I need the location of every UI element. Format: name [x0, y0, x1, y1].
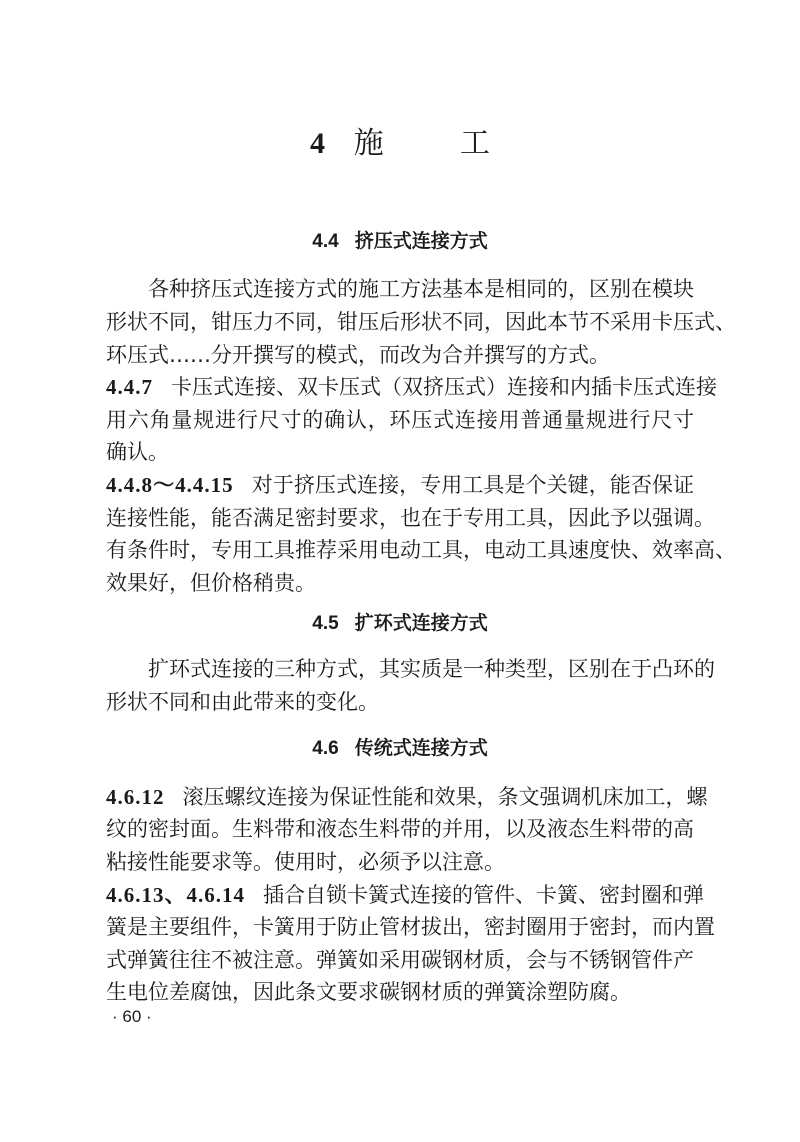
- paragraph-line: 形状不同，钳压力不同，钳压后形状不同，因此本节不采用卡压式、: [106, 307, 694, 337]
- chapter-title-char-2: 工: [460, 126, 490, 161]
- clause-4-4-8-line: 4.4.8～4.4.15对于挤压式连接，专用工具是个关键，能否保证: [106, 470, 694, 500]
- section-title-text: 传统式连接方式: [355, 737, 488, 759]
- clause-number: 4.4.8～4.4.15: [106, 473, 234, 497]
- clause-4-6-13-line: 4.6.13、4.6.14插合自锁卡簧式连接的管件、卡簧、密封圈和弹: [106, 880, 694, 910]
- paragraph-line: 粘接性能要求等。使用时，必须予以注意。: [106, 847, 694, 877]
- section-heading-4-4: 4.4挤压式连接方式: [0, 228, 800, 255]
- section-title-text: 扩环式连接方式: [355, 612, 488, 634]
- section-heading-4-5: 4.5扩环式连接方式: [0, 610, 800, 637]
- paragraph-line: 用六角量规进行尺寸的确认，环压式连接用普通量规进行尺寸: [106, 405, 694, 435]
- paragraph-line: 效果好，但价格稍贵。: [106, 568, 694, 598]
- paragraph-line: 纹的密封面。生料带和液态生料带的并用，以及液态生料带的高: [106, 814, 694, 844]
- paragraph-line: 确认。: [106, 437, 694, 467]
- paragraph-line: 连接性能，能否满足密封要求，也在于专用工具，因此予以强调。: [106, 503, 694, 533]
- paragraph-line: 扩环式连接的三种方式，其实质是一种类型，区别在于凸环的: [148, 654, 694, 684]
- paragraph-line: 有条件时，专用工具推荐采用电动工具，电动工具速度快、效率高、: [106, 535, 694, 565]
- section-heading-4-6: 4.6传统式连接方式: [0, 735, 800, 762]
- section-number: 4.4: [312, 231, 338, 252]
- clause-text: 插合自锁卡簧式连接的管件、卡簧、密封圈和弹: [263, 883, 704, 907]
- clause-number: 4.6.13、4.6.14: [106, 883, 245, 907]
- paragraph-line: 簧是主要组件，卡簧用于防止管材拔出，密封圈用于密封，而内置: [106, 912, 694, 942]
- paragraph-line: 生电位差腐蚀，因此条文要求碳钢材质的弹簧涂塑防腐。: [106, 977, 694, 1007]
- clause-text: 滚压螺纹连接为保证性能和效果，条文强调机床加工，螺: [183, 785, 708, 809]
- chapter-title-char-1: 施: [354, 126, 384, 161]
- clause-text: 对于挤压式连接，专用工具是个关键，能否保证: [252, 473, 694, 497]
- clause-text: 卡压式连接、双卡压式（双挤压式）连接和内插卡压式连接: [171, 375, 717, 399]
- clause-number: 4.6.12: [106, 785, 165, 809]
- paragraph-line: 形状不同和由此带来的变化。: [106, 687, 694, 717]
- document-page: 4 施 工 4.4挤压式连接方式 各种挤压式连接方式的施工方法基本是相同的，区别…: [0, 0, 800, 1142]
- section-number: 4.6: [312, 738, 338, 759]
- section-number: 4.5: [312, 613, 338, 634]
- clause-number: 4.4.7: [106, 375, 153, 399]
- clause-4-4-7-line: 4.4.7卡压式连接、双卡压式（双挤压式）连接和内插卡压式连接: [106, 372, 694, 402]
- paragraph-line: 各种挤压式连接方式的施工方法基本是相同的，区别在模块: [148, 274, 694, 304]
- paragraph-line: 环压式……分开撰写的模式，而改为合并撰写的方式。: [106, 340, 694, 370]
- chapter-number: 4: [310, 127, 325, 160]
- chapter-title: 4 施 工: [0, 124, 800, 164]
- clause-4-6-12-line: 4.6.12滚压螺纹连接为保证性能和效果，条文强调机床加工，螺: [106, 782, 694, 812]
- section-title-text: 挤压式连接方式: [355, 230, 488, 252]
- paragraph-line: 式弹簧往往不被注意。弹簧如采用碳钢材质，会与不锈钢管件产: [106, 945, 694, 975]
- page-number: · 60 ·: [112, 1006, 152, 1028]
